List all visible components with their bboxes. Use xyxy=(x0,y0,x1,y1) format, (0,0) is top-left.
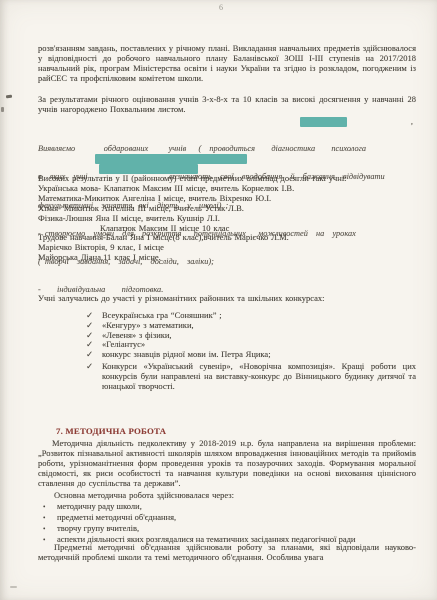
contest-checklist: ✓ Всеукраїнська гра “Соняшник” ; ✓ «Кенг… xyxy=(86,311,416,391)
olympiad-results-list: Високих результатів у ІІ (районному) ета… xyxy=(38,174,416,263)
methodical-work-paragraph: Методична діяльність педколективу у 2018… xyxy=(38,438,416,488)
methodical-structures-list: • методичну раду школи, • предметні мето… xyxy=(43,501,416,545)
scan-artifact xyxy=(1,107,4,112)
teal-highlight-mark xyxy=(95,154,247,164)
contests-intro: Учні залучались до участі у різноманітни… xyxy=(38,293,416,303)
scan-artifact xyxy=(6,95,12,99)
methodical-associations-paragraph: Предметні методичні об'єднання здійснюва… xyxy=(38,542,416,563)
olympiad-line: Майорська Діана,11 клас І місце. xyxy=(38,253,416,263)
bullet-item: • методичну раду школи, xyxy=(43,501,416,512)
bullet-item: • творчу групу вчителів, xyxy=(43,523,416,534)
bullet-icon: • xyxy=(43,523,57,534)
bullet-icon: • xyxy=(43,501,57,512)
teal-highlight-mark xyxy=(300,117,347,127)
paragraph-curriculum: розв'язанням завдань, поставлених у річн… xyxy=(38,43,416,83)
checklist-item: ✓ конкурс знавців рідної мови ім. Петра … xyxy=(86,350,416,360)
methodical-work-through-line: Основна методична робота здійснювалася ч… xyxy=(38,490,416,500)
bullet-item-label: методичну раду школи, xyxy=(57,501,142,512)
checklist-item-label: конкурс знавців рідної мови ім. Петра Яц… xyxy=(102,350,416,360)
paragraph-annual-results: За результатами річного оцінювання учнів… xyxy=(38,94,416,114)
checklist-item-label: «Левеня» з фізики, xyxy=(102,331,416,341)
checklist-item-label: Конкурси «Український сувенір», «Новоріч… xyxy=(102,362,416,391)
bullet-item: • предметні методичні об'єднання, xyxy=(43,512,416,523)
scanned-document-page: 6 розв'язанням завдань, поставлених у рі… xyxy=(0,0,437,600)
scan-artifact xyxy=(10,586,17,588)
teal-highlight-mark xyxy=(99,164,198,174)
section-heading-methodical-work: 7. МЕТОДИЧНА РОБОТА xyxy=(56,426,166,436)
checklist-item: ✓ Конкурси «Український сувенір», «Новор… xyxy=(86,362,416,391)
stray-comma: , xyxy=(411,117,413,126)
page-number: 6 xyxy=(219,3,223,12)
bullet-icon: • xyxy=(43,512,57,523)
bullet-item-label: предметні методичні об'єднання, xyxy=(57,512,176,523)
checkmark-icon: ✓ xyxy=(86,362,102,372)
bullet-item-label: творчу групу вчителів, xyxy=(57,523,139,534)
checkmark-icon: ✓ xyxy=(86,350,102,360)
italic-line: Виявляємо обдарованих учнів ( проводитьс… xyxy=(38,144,423,153)
